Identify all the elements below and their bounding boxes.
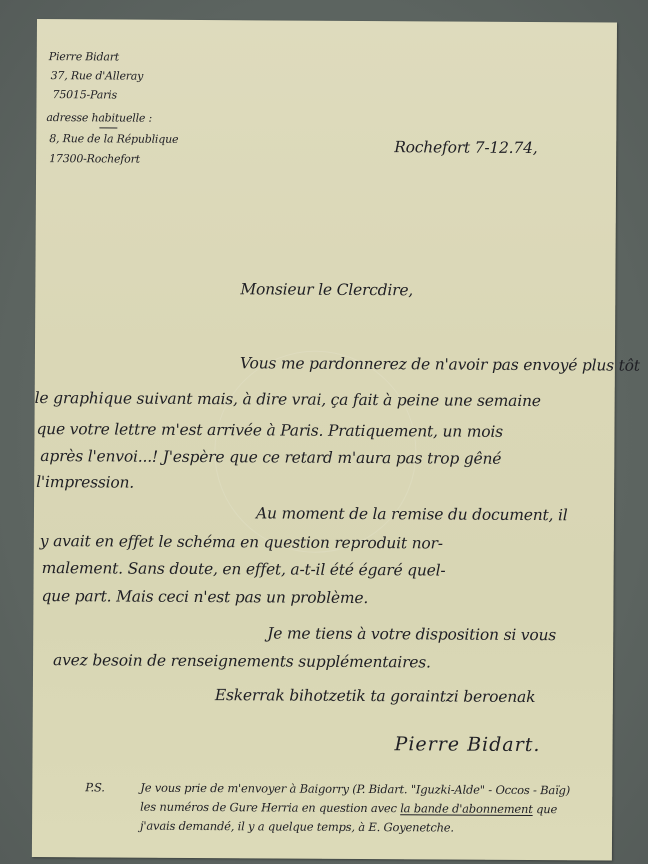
usual-city: 17300-Rochefort bbox=[49, 149, 140, 169]
signature: Pierre Bidart. bbox=[395, 733, 541, 756]
paragraph-1-line-2: le graphique suivant mais, à dire vrai, … bbox=[35, 389, 541, 410]
postscript-line-2-end: que bbox=[533, 802, 558, 816]
paragraph-1-line-5: l'impression. bbox=[36, 473, 134, 492]
sender-name: Pierre Bidart bbox=[49, 47, 119, 66]
closing-line: Eskerrak bihotzetik ta goraintzi beroena… bbox=[215, 686, 536, 706]
sender-city: 75015-Paris bbox=[52, 85, 117, 104]
subscription-band-phrase: la bande d'abonnement bbox=[400, 801, 533, 816]
paragraph-2-line-4: que part. Mais ceci n'est pas un problèm… bbox=[41, 587, 368, 607]
place-date: Rochefort 7-12.74, bbox=[394, 138, 537, 157]
postscript-line-3: j'avais demandé, il y a quelque temps, à… bbox=[140, 818, 454, 836]
paragraph-2-line-1: Au moment de la remise du document, il bbox=[256, 504, 568, 524]
address-divider bbox=[99, 127, 117, 128]
salutation: Monsieur le Clercdire, bbox=[240, 280, 413, 299]
paragraph-1-line-4: après l'envoi...! J'espère que ce retard… bbox=[40, 447, 501, 468]
postscript-line-2: les numéros de Gure Herria en question a… bbox=[140, 799, 557, 818]
postscript-label: P.S. bbox=[85, 779, 104, 795]
usual-street: 8, Rue de la République bbox=[49, 129, 178, 149]
letter-sheet: Pierre Bidart 37, Rue d'Alleray 75015-Pa… bbox=[32, 19, 617, 861]
usual-address-label: adresse habituelle : bbox=[46, 108, 152, 128]
paragraph-2-line-3: malement. Sans doute, en effet, a-t-il é… bbox=[42, 559, 446, 579]
paragraph-3-line-2: avez besoin de renseignements supplément… bbox=[53, 651, 431, 671]
paragraph-3-line-1: Je me tiens à votre disposition si vous bbox=[267, 624, 556, 644]
paragraph-2-line-2: y avait en effet le schéma en question r… bbox=[40, 532, 443, 552]
sender-street: 37, Rue d'Alleray bbox=[51, 66, 144, 86]
postscript-line-1: Je vous prie de m'envoyer à Baigorry (P.… bbox=[140, 780, 570, 799]
postscript-line-2-start: les numéros de Gure Herria en question a… bbox=[140, 800, 400, 816]
paragraph-1-line-1: Vous me pardonnerez de n'avoir pas envoy… bbox=[240, 354, 640, 374]
paragraph-1-line-3: que votre lettre m'est arrivée à Paris. … bbox=[36, 420, 503, 441]
